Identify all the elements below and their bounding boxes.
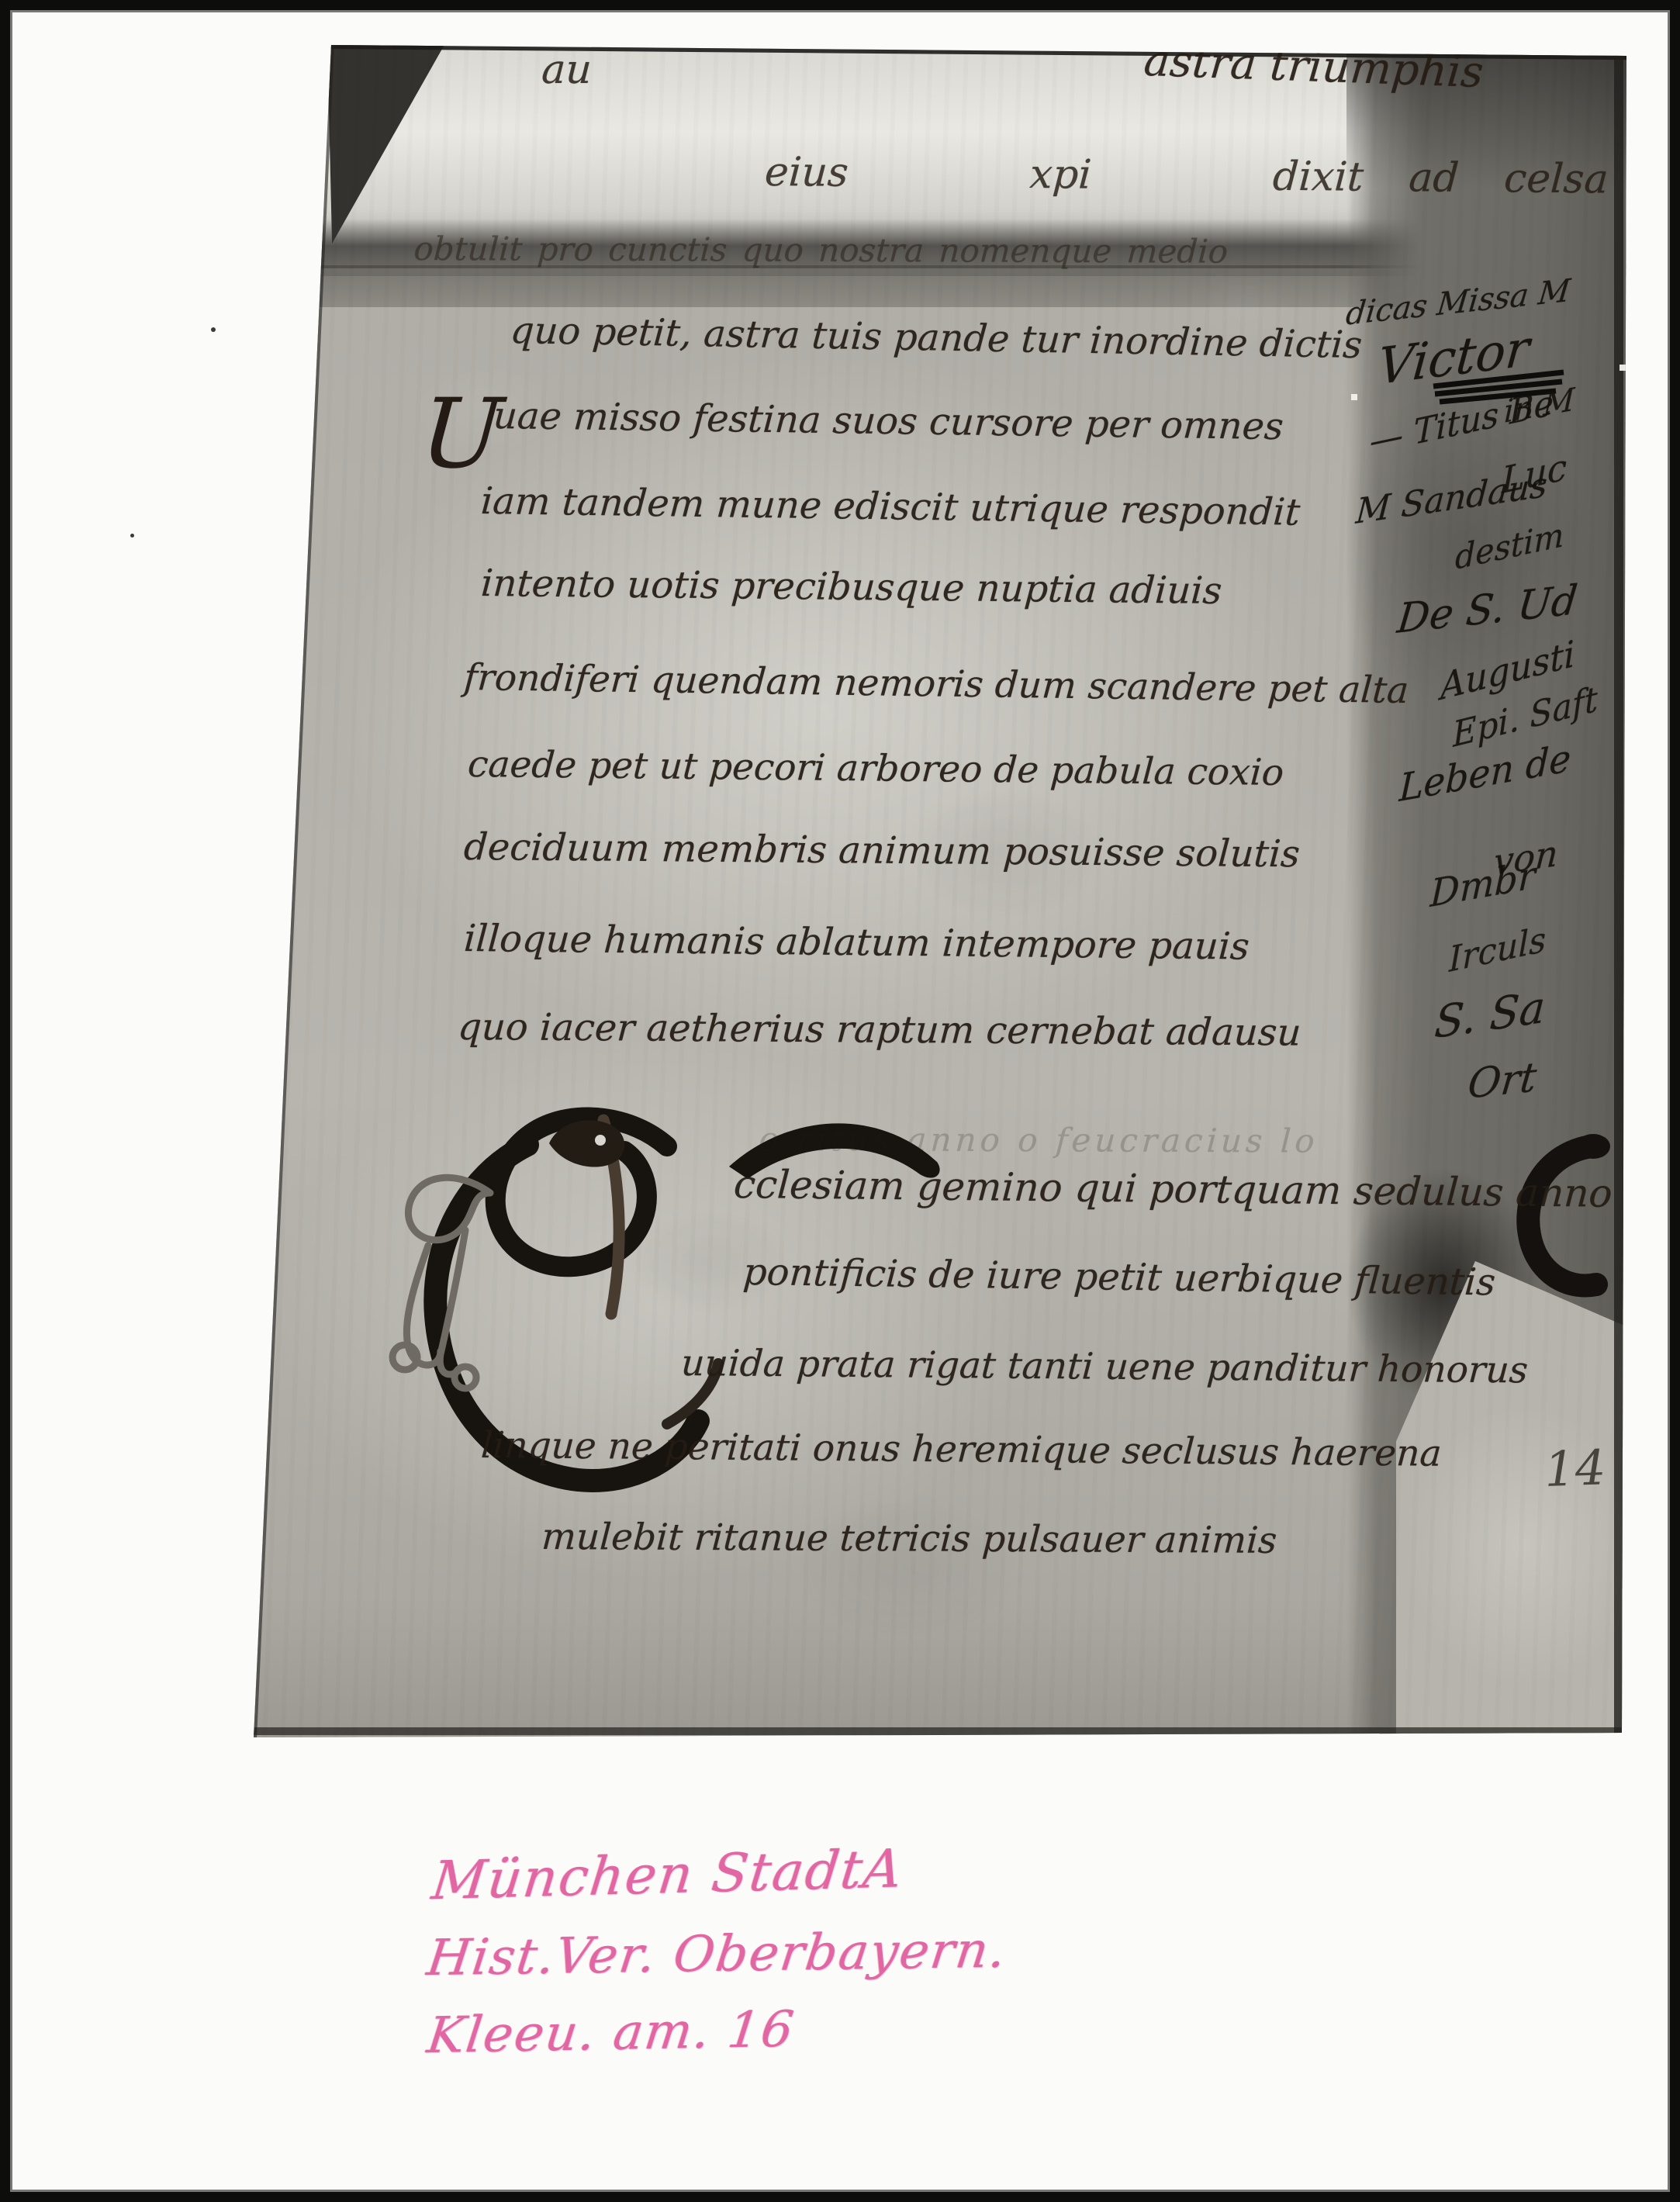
folio-number: 14 [1543, 1439, 1606, 1498]
white-registration-dot [1351, 394, 1357, 400]
manuscript-verse-line: cclesiam gemino qui portquam sedulus ann… [732, 1162, 1613, 1216]
caption-line: Hist.Ver. Oberbayern. [424, 1922, 1011, 1988]
margin-annotation: Victor [1375, 320, 1531, 396]
manuscript-verse-line: uuida prata rigat tanti uene panditur ho… [680, 1342, 1530, 1391]
margin-annotation: De S. Ud [1395, 577, 1580, 643]
margin-annotation: Ort [1466, 1054, 1539, 1108]
margin-annotation: destim [1455, 515, 1564, 577]
manuscript-verse-line: iam tandem mune ediscit utrique respondi… [479, 479, 1301, 534]
manuscript-verse-line: linque ne peritati onus heremique seclus… [480, 1424, 1443, 1475]
manuscript-verse-line: uae misso festina suos cursore per omnes [492, 394, 1284, 448]
margin-annotation: — Titus Be [1370, 383, 1554, 463]
manuscript-header-line: eius xpi dixit ad celsa [763, 149, 1609, 202]
manuscript-photograph: U auastra triumphiseius xpi dixit ad cel… [233, 36, 1638, 1739]
caption-line: München StadtA [429, 1838, 907, 1912]
margin-annotation: S. Sa [1433, 982, 1547, 1049]
manuscript-header-line: astra triumphis [1142, 36, 1485, 98]
manuscript-verse-line: deciduum membris animum posuisse solutis [463, 825, 1301, 876]
manuscript-header-line: au [541, 47, 593, 93]
caption-line: Kleeu. am. 16 [424, 2001, 798, 2065]
margin-annotation: M Sandaus [1354, 465, 1548, 532]
manuscript-verse-line: quo petit, astra tuis pande tur inordine… [509, 309, 1364, 367]
manuscript-verse-line: intento uotis precibusque nuptia adiuis [479, 562, 1223, 613]
margin-annotation: dicas Missa M [1344, 273, 1572, 333]
manuscript-verse-line: pontificis de iure petit uerbique fluent… [741, 1250, 1497, 1304]
white-registration-dot [1620, 365, 1626, 371]
margin-annotation: Dmbr [1429, 853, 1537, 916]
dust-speck [130, 534, 134, 538]
manuscript-verse-line: mulebit ritanue tetricis pulsauer animis [541, 1516, 1278, 1562]
manuscript-verse-line: caede pet ut pecori arboreo de pabula co… [467, 743, 1285, 794]
manuscript-verse-line: illoque humanis ablatum intempore pauis [462, 917, 1250, 969]
scanned-archive-page: U auastra triumphiseius xpi dixit ad cel… [0, 0, 1680, 2202]
manuscript-verse-line: frondiferi quendam nemoris dum scandere … [462, 656, 1410, 712]
margin-annotation: Irculs [1449, 919, 1546, 980]
manuscript-header-line: obtulit pro cunctis quo nostra nomenque … [413, 230, 1229, 271]
manuscript-verse-line: quo iacer aetherius raptum cernebat adau… [457, 1005, 1302, 1055]
manuscript-verse-line: o ritus anno o feucracius lo [758, 1120, 1319, 1160]
dust-speck [211, 327, 216, 332]
manuscript-text-layer: U auastra triumphiseius xpi dixit ad cel… [233, 36, 1638, 1739]
